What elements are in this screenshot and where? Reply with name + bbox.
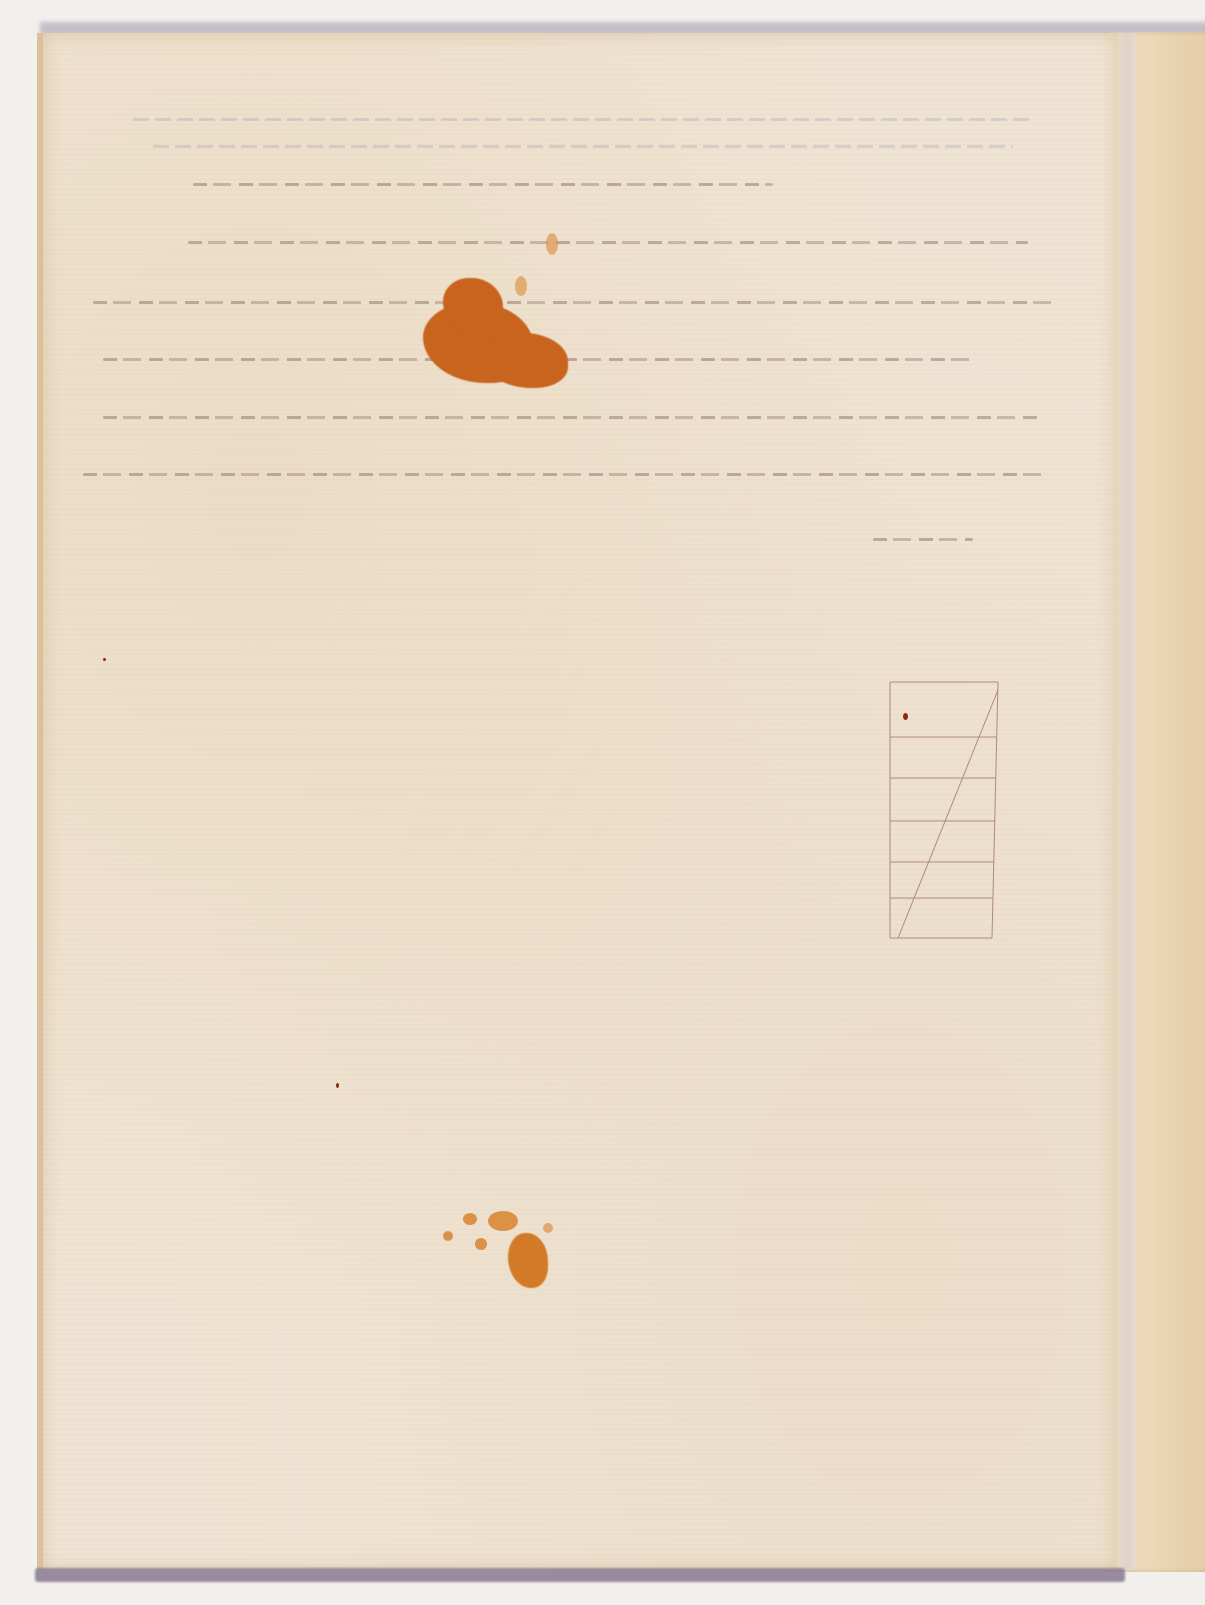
signature-fragment <box>873 538 973 541</box>
handwriting-line <box>93 301 1053 304</box>
handwriting-line <box>83 473 1043 476</box>
stain-splash <box>443 1231 453 1241</box>
stain-splash <box>463 1213 477 1225</box>
stain-splash <box>488 1211 518 1231</box>
page-fold-edge <box>1118 33 1136 1570</box>
stain-splash <box>475 1238 487 1250</box>
grid-diagonal-drawing <box>888 680 1000 940</box>
handwriting-line <box>103 416 1043 419</box>
ruled-grid-sketch <box>888 680 1000 940</box>
stain-splash <box>546 233 558 255</box>
handwriting-line-faint <box>133 118 1033 121</box>
stain-splash <box>543 1223 553 1233</box>
handwriting-line-faint <box>153 145 1013 148</box>
ink-spot <box>103 658 106 661</box>
handwriting-line <box>193 183 773 186</box>
stain-bottom <box>508 1233 548 1288</box>
page-bottom-shadow <box>35 1568 1125 1582</box>
stain-splash <box>515 276 527 296</box>
ink-spot <box>336 1083 339 1088</box>
handwriting-line <box>188 241 1028 244</box>
